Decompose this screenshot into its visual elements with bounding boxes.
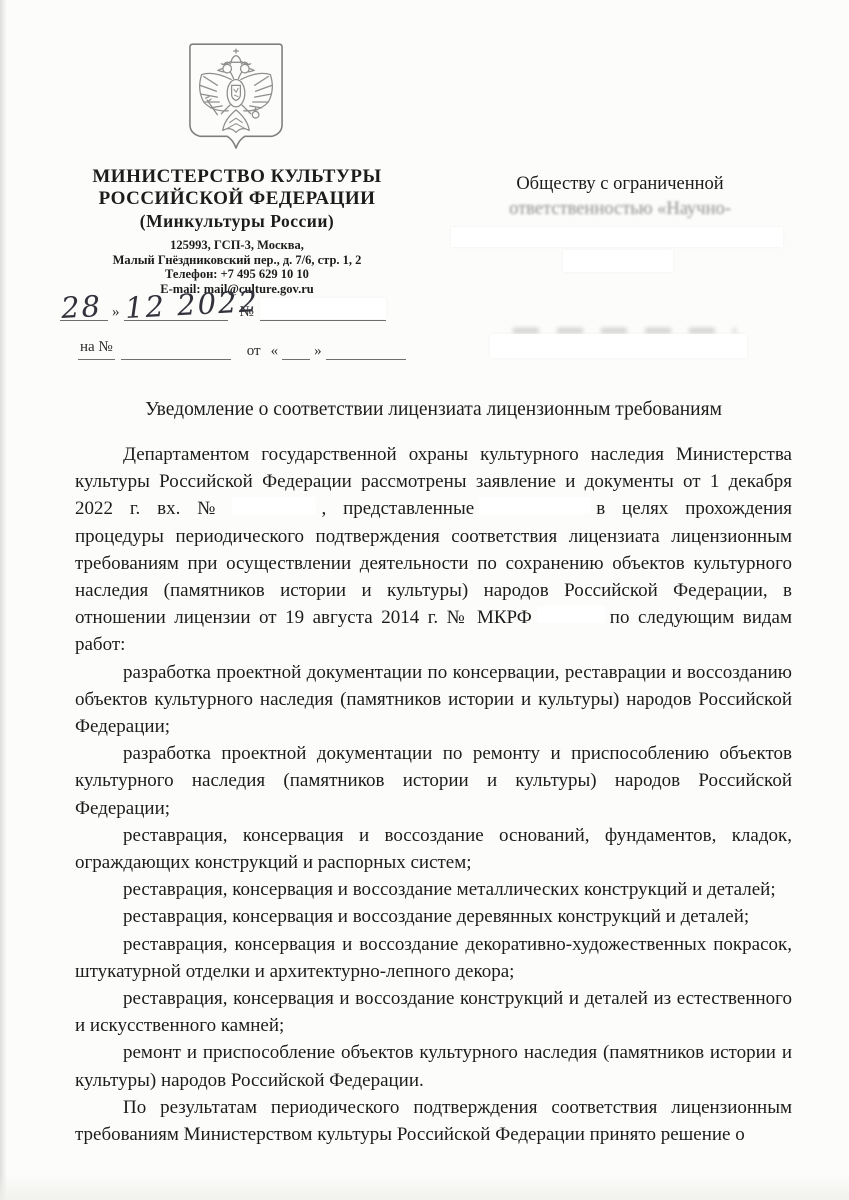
outgoing-number-field bbox=[260, 300, 386, 321]
from-close-quote: » bbox=[314, 343, 322, 360]
date-month-year-field: 12 2022 bbox=[124, 300, 228, 321]
scan-edge-artifact bbox=[0, 1174, 849, 1200]
ministry-short-name: (Минкультуры России) bbox=[70, 210, 404, 232]
work-item: реставрация, консервация и воссоздание о… bbox=[75, 822, 792, 876]
incoming-number-label: на № bbox=[78, 339, 115, 360]
paragraph-intro: Департаментом государственной охраны кул… bbox=[75, 441, 792, 659]
redaction-box bbox=[490, 334, 747, 358]
redacted-company-name bbox=[479, 497, 591, 514]
addressee-line2-anonymized: ответственностью «Научно- bbox=[452, 197, 788, 222]
document-body: Департаментом государственной охраны кул… bbox=[75, 441, 792, 1148]
work-item: ремонт и приспособление объектов культур… bbox=[75, 1039, 792, 1093]
ministry-name-line1: МИНИСТЕРСТВО КУЛЬТУРЫ bbox=[70, 166, 404, 188]
redacted-text-trace bbox=[513, 328, 736, 333]
scanned-letter-page: МИНИСТЕРСТВО КУЛЬТУРЫ РОССИЙСКОЙ ФЕДЕРАЦ… bbox=[0, 0, 849, 1200]
postal-index-city: 125993, ГСП-3, Москва, bbox=[50, 238, 424, 253]
intro-segment: , представленные bbox=[321, 498, 474, 519]
work-item: реставрация, консервация и воссоздание м… bbox=[75, 876, 792, 903]
addressee-block: Обществу с ограниченной ответственностью… bbox=[452, 172, 788, 222]
redaction-box bbox=[563, 250, 673, 272]
work-item: реставрация, консервация и воссоздание д… bbox=[75, 931, 792, 985]
date-close-quote: » bbox=[112, 304, 120, 321]
document-title: Уведомление о соответствии лицензиата ли… bbox=[75, 399, 792, 421]
from-date-field bbox=[326, 339, 406, 360]
addressee-line1: Обществу с ограниченной bbox=[452, 172, 788, 197]
paragraph-conclusion: По результатам периодического подтвержде… bbox=[75, 1094, 792, 1148]
date-day-field: 28 bbox=[60, 300, 108, 321]
phone-number: Телефон: +7 495 629 10 10 bbox=[50, 267, 424, 282]
scan-edge-artifact bbox=[0, 0, 7, 1200]
work-item: разработка проектной документации по рем… bbox=[75, 740, 792, 822]
ministry-name: МИНИСТЕРСТВО КУЛЬТУРЫ РОССИЙСКОЙ ФЕДЕРАЦ… bbox=[70, 166, 404, 232]
redaction-box bbox=[260, 298, 386, 319]
coat-of-arms-icon bbox=[187, 42, 285, 162]
work-item: реставрация, консервация и воссоздание к… bbox=[75, 985, 792, 1039]
incoming-reference-row: на №от«» bbox=[78, 339, 406, 360]
from-open-quote: « bbox=[271, 343, 279, 360]
date-number-row: 28 » 12 2022 № bbox=[60, 300, 386, 321]
from-day-field bbox=[282, 339, 310, 360]
handwritten-day: 28 bbox=[60, 289, 103, 325]
handwritten-month-year: 12 2022 bbox=[124, 284, 260, 325]
redacted-license-number bbox=[537, 606, 605, 623]
ministry-name-line2: РОССИЙСКОЙ ФЕДЕРАЦИИ bbox=[70, 188, 404, 210]
redaction-box bbox=[451, 227, 783, 247]
from-label: от bbox=[247, 343, 261, 360]
incoming-number-field bbox=[121, 339, 231, 360]
street-address: Малый Гнёздниковский пер., д. 7/6, стр. … bbox=[50, 253, 424, 268]
work-item: разработка проектной документации по кон… bbox=[75, 659, 792, 741]
work-item: реставрация, консервация и воссоздание д… bbox=[75, 903, 792, 930]
redacted-incoming-number bbox=[232, 497, 316, 514]
